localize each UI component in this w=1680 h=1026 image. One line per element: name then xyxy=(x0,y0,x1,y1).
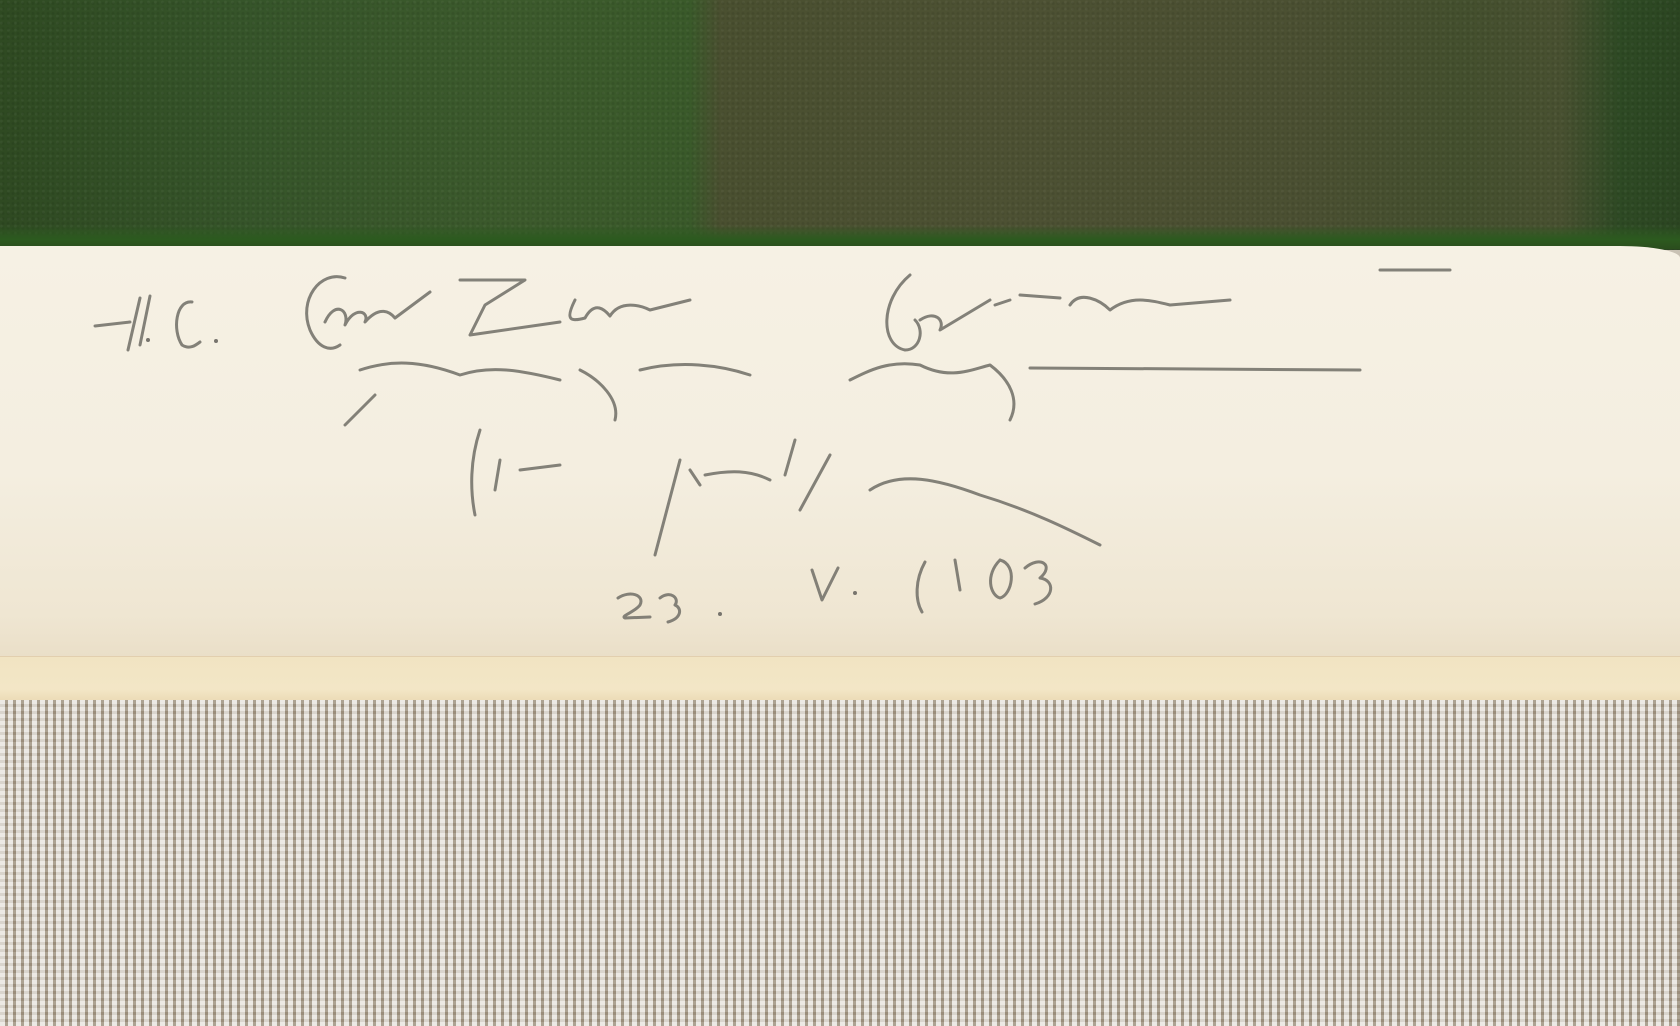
paper-fold-strip xyxy=(0,656,1680,703)
print-image-area xyxy=(0,0,1680,250)
paper-margin xyxy=(0,246,1680,656)
linen-mat xyxy=(0,700,1680,1026)
photo-scene: H.C. [Cami…] Blanc [jest…] […] […] [sign… xyxy=(0,0,1680,1026)
